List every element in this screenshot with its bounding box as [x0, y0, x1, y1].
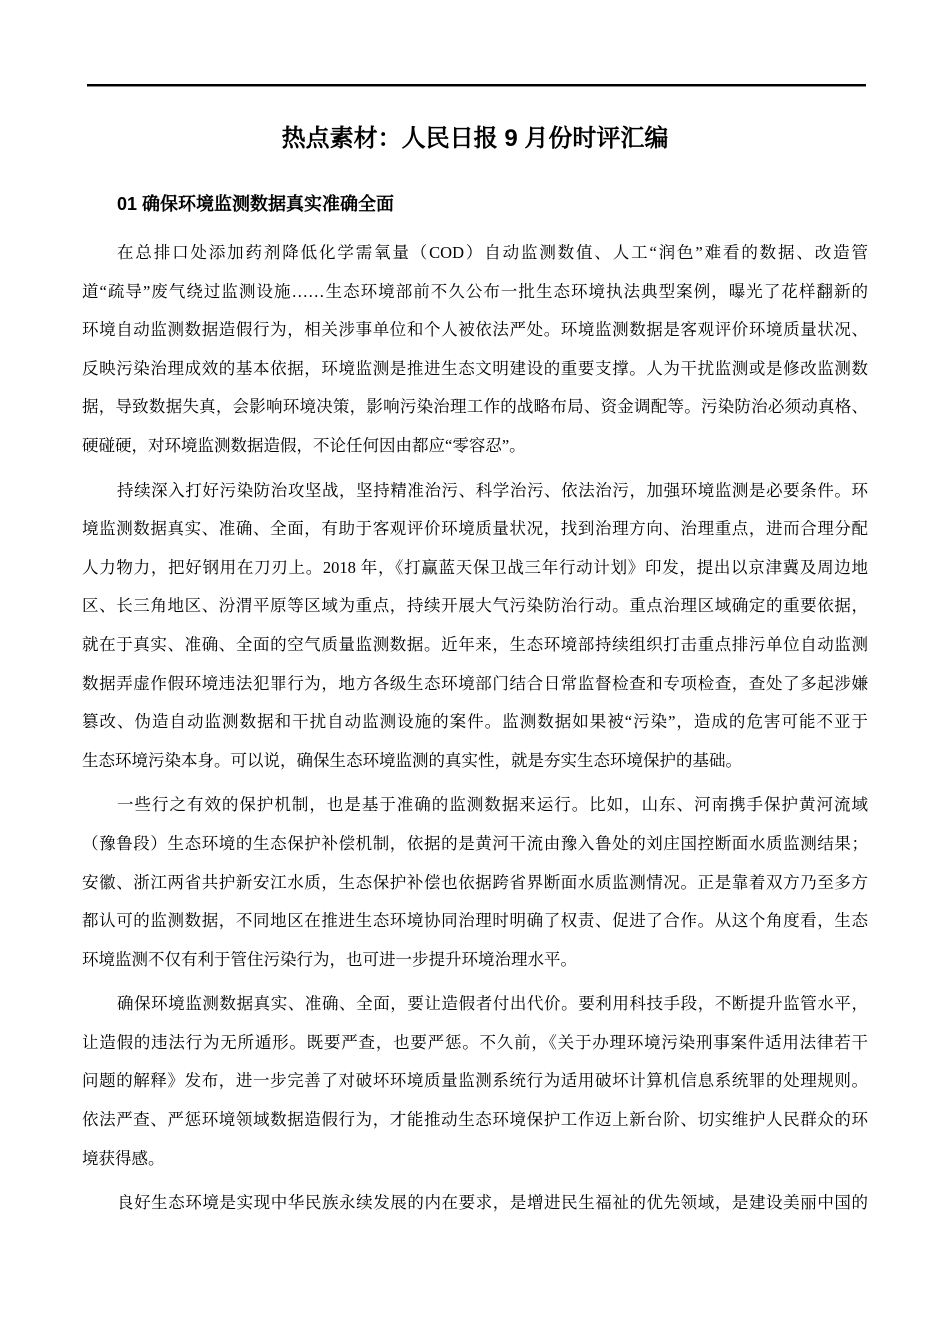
text-line: 确保环境监测数据真实、准确、全面，要让造假者付出代价。要利用科技手段，不断提升监…: [82, 985, 868, 1024]
text-line: 境监测数据真实、准确、全面，有助于客观评价环境质量状况，找到治理方向、治理重点，…: [82, 510, 868, 549]
text-line: 道“疏导”废气绕过监测设施……生态环境部前不久公布一批生态环境执法典型案例，曝光…: [82, 273, 868, 312]
document-page: 热点素材：人民日报 9 月份时评汇编 01 确保环境监测数据真实准确全面 在总排…: [0, 0, 950, 1344]
text-line: 持续深入打好污染防治攻坚战，坚持精准治污、科学治污、依法治污，加强环境监测是必要…: [82, 472, 868, 511]
paragraph: 良好生态环境是实现中华民族永续发展的内在要求，是增进民生福祉的优先领域，是建设美…: [82, 1184, 868, 1223]
text-line: 依法严查、严惩环境领域数据造假行为，才能推动生态环境保护工作迈上新台阶、切实维护…: [82, 1101, 868, 1140]
document-title: 热点素材：人民日报 9 月份时评汇编: [82, 122, 868, 156]
text-line: 硬碰硬，对环境监测数据造假，不论任何因由都应“零容忍”。: [82, 427, 868, 466]
header-rule: [87, 84, 866, 87]
text-line: 一些行之有效的保护机制，也是基于准确的监测数据来运行。比如，山东、河南携手保护黄…: [82, 786, 868, 825]
text-line: 反映污染治理成效的基本依据，环境监测是推进生态文明建设的重要支撑。人为干扰监测或…: [82, 350, 868, 389]
text-line: 良好生态环境是实现中华民族永续发展的内在要求，是增进民生福祉的优先领域，是建设美…: [82, 1184, 868, 1223]
section-heading: 01 确保环境监测数据真实准确全面: [82, 192, 868, 216]
text-line: 环境自动监测数据造假行为，相关涉事单位和个人被依法严处。环境监测数据是客观评价环…: [82, 311, 868, 350]
text-line: 在总排口处添加药剂降低化学需氧量（COD）自动监测数值、人工“润色”难看的数据、…: [82, 234, 868, 273]
text-line: 让造假的违法行为无所遁形。既要严查，也要严惩。不久前，《关于办理环境污染刑事案件…: [82, 1024, 868, 1063]
text-line: 安徽、浙江两省共护新安江水质，生态保护补偿也依据跨省界断面水质监测情况。正是靠着…: [82, 864, 868, 903]
text-line: 人力物力，把好钢用在刀刃上。2018 年，《打赢蓝天保卫战三年行动计划》印发，提…: [82, 549, 868, 588]
text-line: （豫鲁段）生态环境的生态保护补偿机制，依据的是黄河干流由豫入鲁处的刘庄国控断面水…: [82, 825, 868, 864]
text-line: 环境监测不仅有利于管住污染行为，也可进一步提升环境治理水平。: [82, 941, 868, 980]
paragraph: 持续深入打好污染防治攻坚战，坚持精准治污、科学治污、依法治污，加强环境监测是必要…: [82, 472, 868, 781]
paragraph: 确保环境监测数据真实、准确、全面，要让造假者付出代价。要利用科技手段，不断提升监…: [82, 985, 868, 1178]
text-line: 数据弄虚作假环境违法犯罪行为，地方各级生态环境部门结合日常监督检查和专项检查，查…: [82, 665, 868, 704]
document-body: 在总排口处添加药剂降低化学需氧量（COD）自动监测数值、人工“润色”难看的数据、…: [82, 234, 868, 1229]
text-line: 就在于真实、准确、全面的空气质量监测数据。近年来，生态环境部持续组织打击重点排污…: [82, 626, 868, 665]
text-line: 据，导致数据失真，会影响环境决策，影响污染治理工作的战略布局、资金调配等。污染防…: [82, 388, 868, 427]
text-line: 境获得感。: [82, 1140, 868, 1179]
text-line: 都认可的监测数据，不同地区在推进生态环境协同治理时明确了权责、促进了合作。从这个…: [82, 902, 868, 941]
text-line: 篡改、伪造自动监测数据和干扰自动监测设施的案件。监测数据如果被“污染”，造成的危…: [82, 703, 868, 742]
text-line: 问题的解释》发布，进一步完善了对破坏环境质量监测系统行为适用破坏计算机信息系统罪…: [82, 1062, 868, 1101]
text-line: 生态环境污染本身。可以说，确保生态环境监测的真实性，就是夯实生态环境保护的基础。: [82, 742, 868, 781]
text-line: 区、长三角地区、汾渭平原等区域为重点，持续开展大气污染防治行动。重点治理区域确定…: [82, 587, 868, 626]
paragraph: 在总排口处添加药剂降低化学需氧量（COD）自动监测数值、人工“润色”难看的数据、…: [82, 234, 868, 466]
paragraph: 一些行之有效的保护机制，也是基于准确的监测数据来运行。比如，山东、河南携手保护黄…: [82, 786, 868, 979]
